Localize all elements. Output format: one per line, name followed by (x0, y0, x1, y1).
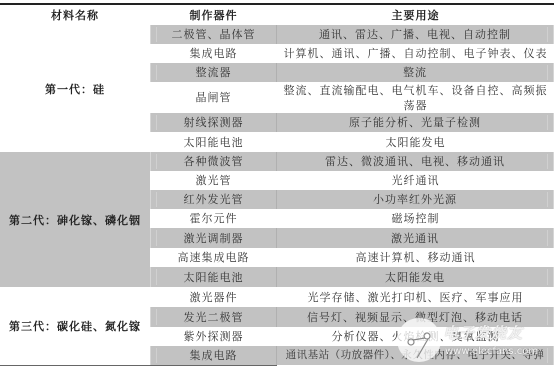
device-cell: 集成电路 (150, 346, 277, 365)
table-row: 激光器件 光学存储、激光打印机、医疗、军事应用 (0, 287, 554, 307)
table-row: 二极管、晶体管 通讯、雷达、广播、电视、自动控制 (0, 25, 554, 44)
usage-cell: 整流 (277, 63, 554, 82)
table-row: 高速集成电路 高速计算机、移动通讯 (0, 248, 554, 267)
table-row: 发光二极管 信号灯、视频显示、微型灯泡、移动电话 (0, 307, 554, 327)
table-row: 霍尔元件 磁场控制 (0, 209, 554, 228)
device-cell: 各种微波管 (150, 152, 277, 171)
table-row: 太阳能电池 太阳能发电 (0, 132, 554, 152)
device-cell: 激光器件 (150, 287, 277, 307)
header-material: 材料名称 (0, 5, 150, 25)
usage-cell: 分析仪器、火焰检测、臭氧监测 (277, 327, 554, 346)
device-cell: 二极管、晶体管 (150, 25, 277, 44)
device-cell: 集成电路 (150, 44, 277, 63)
device-cell: 晶闸管 (150, 82, 277, 113)
device-cell: 紫外探测器 (150, 327, 277, 346)
usage-cell: 整流、直流输配电、电气机车、设备自控、高频振荡器 (277, 82, 554, 113)
table-row: 集成电路 通讯基站（功放器件）、永久性内存、电子开关、导弹 (0, 346, 554, 365)
table-row: 太阳能电池 太阳能发电 (0, 267, 554, 287)
table-row: 射线探测器 原子能分析、光量子检测 (0, 113, 554, 132)
header-usage: 主要用途 (277, 5, 554, 25)
table-row: 晶闸管 整流、直流输配电、电气机车、设备自控、高频振荡器 (0, 82, 554, 113)
usage-cell: 光纤通讯 (277, 171, 554, 190)
device-cell: 霍尔元件 (150, 209, 277, 228)
table-bottom-rule (0, 365, 277, 366)
usage-cell: 太阳能发电 (277, 132, 554, 152)
table-row: 红外发光管 小功率红外光源 (0, 190, 554, 209)
usage-cell: 光学存储、激光打印机、医疗、军事应用 (277, 287, 554, 307)
device-cell: 太阳能电池 (150, 132, 277, 152)
device-cell: 红外发光管 (150, 190, 277, 209)
table-row: 整流器 整流 (0, 63, 554, 82)
usage-cell: 太阳能发电 (277, 267, 554, 287)
table-row: 激光管 光纤通讯 (0, 171, 554, 190)
device-cell: 整流器 (150, 63, 277, 82)
usage-cell: 原子能分析、光量子检测 (277, 113, 554, 132)
device-cell: 高速集成电路 (150, 248, 277, 267)
usage-cell: 通讯基站（功放器件）、永久性内存、电子开关、导弹 (277, 346, 554, 365)
table-row: 紫外探测器 分析仪器、火焰检测、臭氧监测 (0, 327, 554, 346)
usage-cell: 磁场控制 (277, 209, 554, 228)
usage-cell: 通讯、雷达、广播、电视、自动控制 (277, 25, 554, 44)
header-device: 制作器件 (150, 5, 277, 25)
usage-cell: 信号灯、视频显示、微型灯泡、移动电话 (277, 307, 554, 327)
device-cell: 太阳能电池 (150, 267, 277, 287)
table-header-row: 材料名称 制作器件 主要用途 (0, 5, 554, 25)
device-cell: 激光管 (150, 171, 277, 190)
usage-cell: 小功率红外光源 (277, 190, 554, 209)
usage-cell: 雷达、微波通讯、电视、移动通讯 (277, 152, 554, 171)
device-cell: 激光调制器 (150, 228, 277, 248)
table-row: 激光调制器 激光通讯 (0, 228, 554, 248)
usage-cell: 计算机、通讯、广播、自动控制、电子钟表、仪表 (277, 44, 554, 63)
table-row: 集成电路 计算机、通讯、广播、自动控制、电子钟表、仪表 (0, 44, 554, 63)
usage-cell: 高速计算机、移动通讯 (277, 248, 554, 267)
device-cell: 射线探测器 (150, 113, 277, 132)
table-row: 各种微波管 雷达、微波通讯、电视、移动通讯 (0, 152, 554, 171)
device-cell: 发光二极管 (150, 307, 277, 327)
usage-cell: 激光通讯 (277, 228, 554, 248)
